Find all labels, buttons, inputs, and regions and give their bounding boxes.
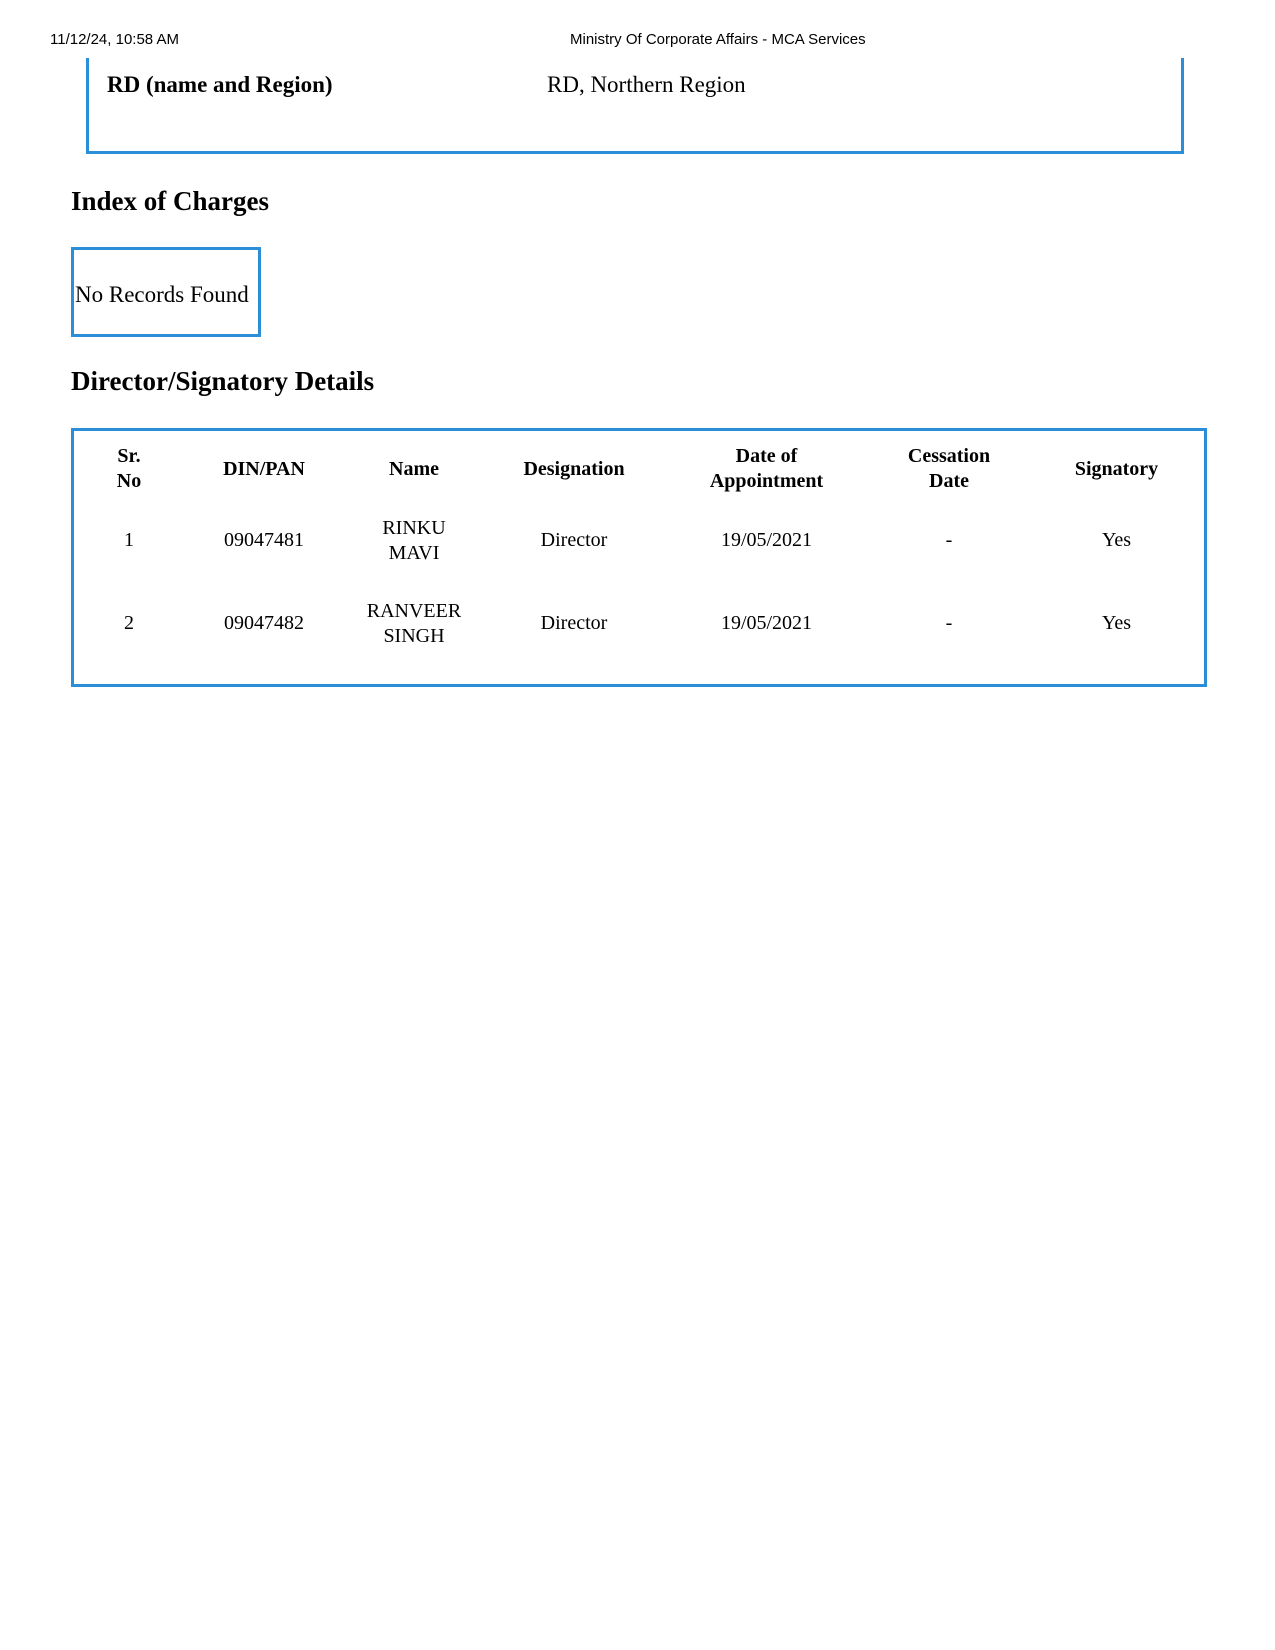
- cell-name: RANVEERSINGH: [344, 582, 484, 665]
- col-header-cessation-date: CessationDate: [869, 439, 1029, 499]
- director-table-box: Sr.No DIN/PAN Name Designation Date ofAp…: [71, 428, 1207, 687]
- cell-signatory: Yes: [1029, 582, 1204, 665]
- cell-designation: Director: [484, 582, 664, 665]
- cell-signatory: Yes: [1029, 499, 1204, 582]
- index-of-charges-heading: Index of Charges: [71, 186, 269, 217]
- cell-sr-no: 1: [74, 499, 184, 582]
- cell-din-pan: 09047482: [184, 582, 344, 665]
- print-datetime: 11/12/24, 10:58 AM: [50, 31, 179, 48]
- table-header-row: Sr.No DIN/PAN Name Designation Date ofAp…: [74, 439, 1204, 499]
- rd-label: RD (name and Region): [107, 72, 333, 98]
- col-header-designation: Designation: [484, 439, 664, 499]
- cell-cessation-date: -: [869, 582, 1029, 665]
- director-signatory-heading: Director/Signatory Details: [71, 366, 374, 397]
- col-header-signatory: Signatory: [1029, 439, 1204, 499]
- no-records-message: No Records Found: [75, 282, 249, 308]
- col-header-date-of-appointment: Date ofAppointment: [664, 439, 869, 499]
- charges-empty-box: No Records Found: [71, 247, 261, 337]
- rd-details-box: RD (name and Region) RD, Northern Region: [86, 58, 1184, 154]
- print-page-title: Ministry Of Corporate Affairs - MCA Serv…: [570, 31, 866, 48]
- cell-cessation-date: -: [869, 499, 1029, 582]
- col-header-sr-no: Sr.No: [74, 439, 184, 499]
- rd-value: RD, Northern Region: [547, 72, 746, 98]
- cell-date-of-appointment: 19/05/2021: [664, 582, 869, 665]
- cell-din-pan: 09047481: [184, 499, 344, 582]
- cell-designation: Director: [484, 499, 664, 582]
- col-header-din-pan: DIN/PAN: [184, 439, 344, 499]
- print-header: 11/12/24, 10:58 AM Ministry Of Corporate…: [0, 31, 1275, 51]
- cell-name: RINKUMAVI: [344, 499, 484, 582]
- col-header-name: Name: [344, 439, 484, 499]
- table-row: 2 09047482 RANVEERSINGH Director 19/05/2…: [74, 582, 1204, 665]
- cell-sr-no: 2: [74, 582, 184, 665]
- cell-date-of-appointment: 19/05/2021: [664, 499, 869, 582]
- director-table: Sr.No DIN/PAN Name Designation Date ofAp…: [74, 439, 1204, 665]
- table-row: 1 09047481 RINKUMAVI Director 19/05/2021…: [74, 499, 1204, 582]
